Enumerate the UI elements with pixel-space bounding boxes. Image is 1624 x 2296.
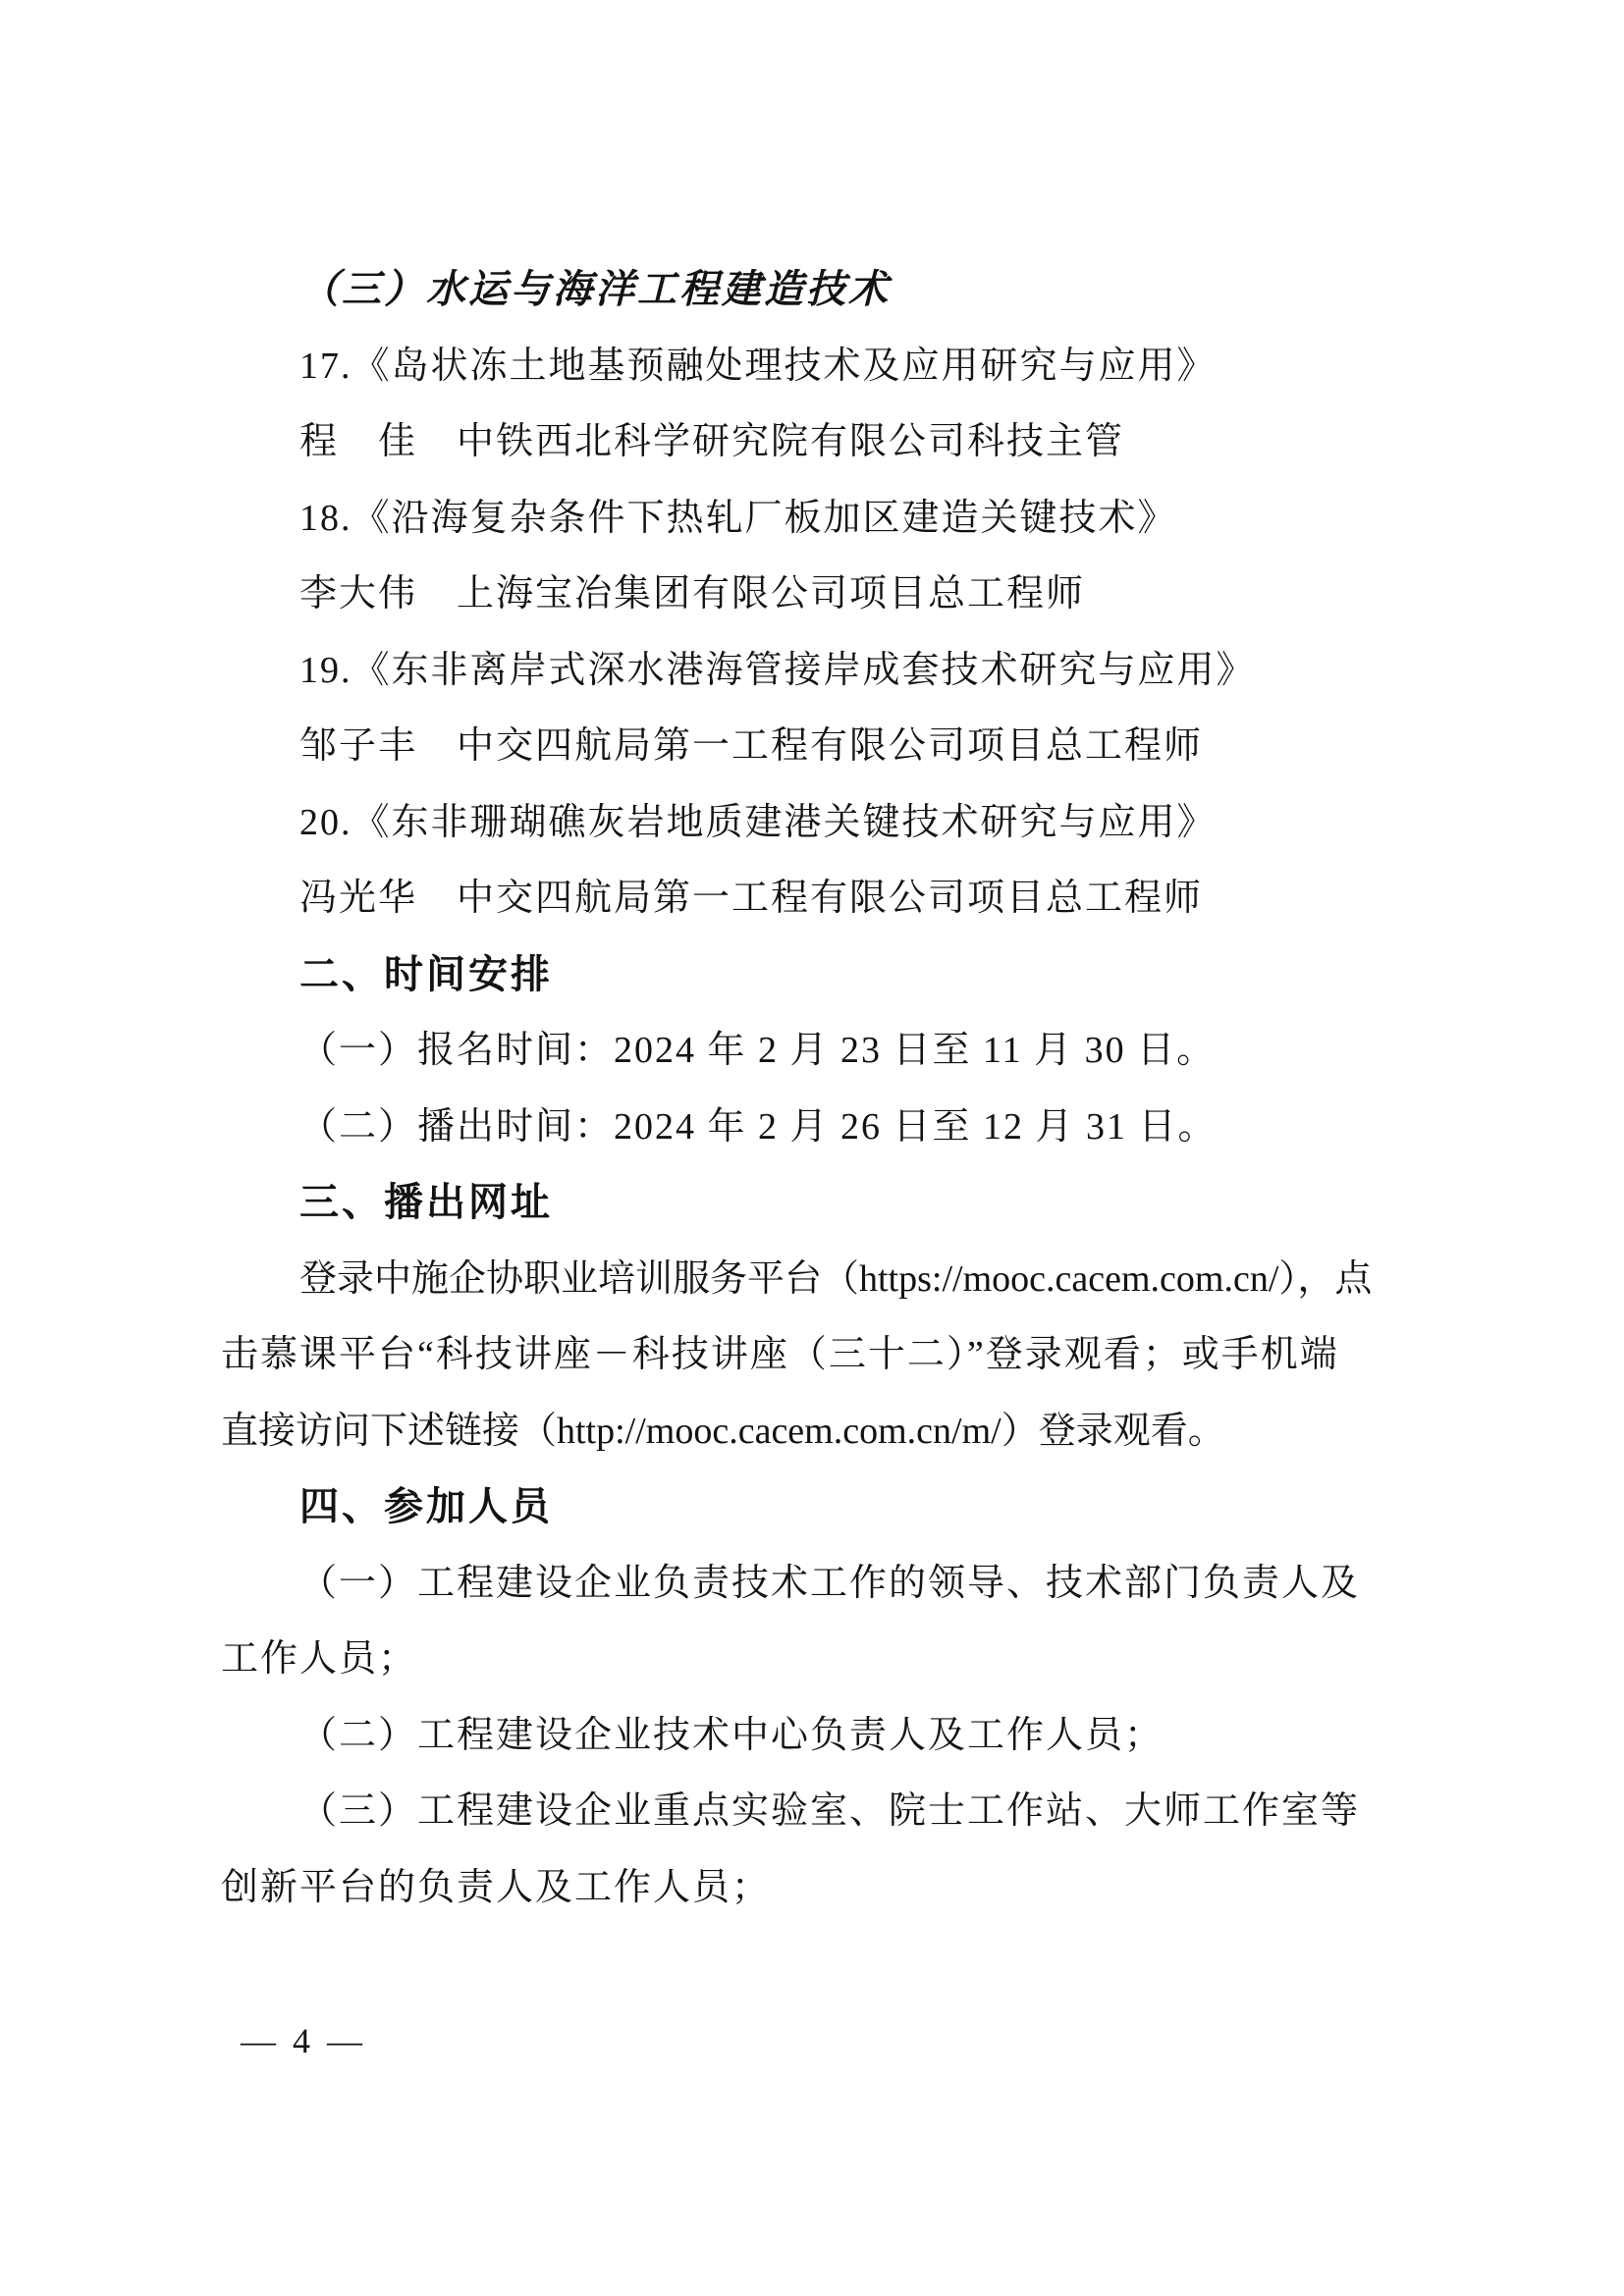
participants-1-line-1: （一）工程建设企业负责技术工作的领导、技术部门负责人及: [299, 1561, 1360, 1606]
participants-3-line-1: （三）工程建设企业重点实验室、院士工作站、大师工作室等: [299, 1789, 1360, 1834]
page-number: — 4 —: [241, 2020, 366, 2061]
item-19-speaker: 邹子丰 中交四航局第一工程有限公司项目总工程师: [299, 723, 1203, 769]
item-18-title: 18.《沿海复杂条件下热轧厂板加区建造关键技术》: [299, 496, 1177, 541]
item-17-speaker: 程 佳 中铁西北科学研究院有限公司科技主管: [299, 419, 1124, 464]
section-heading-water-marine-engineering: （三）水运与海洋工程建造技术: [299, 267, 891, 312]
registration-time-line: （一）报名时间：2024 年 2 月 23 日至 11 月 30 日。: [299, 1028, 1216, 1073]
document-page: （三）水运与海洋工程建造技术 17.《岛状冻土地基预融处理技术及应用研究与应用》…: [0, 0, 1624, 2296]
item-17-title: 17.《岛状冻土地基预融处理技术及应用研究与应用》: [299, 344, 1217, 389]
section-heading-time-schedule: 二、时间安排: [299, 952, 553, 997]
item-20-speaker: 冯光华 中交四航局第一工程有限公司项目总工程师: [299, 876, 1203, 921]
section-heading-broadcast-url: 三、播出网址: [299, 1180, 553, 1225]
participants-1-line-2: 工作人员；: [221, 1636, 417, 1682]
url-paragraph-line-2: 击慕课平台“科技讲座－科技讲座（三十二）”登录观看；或手机端: [221, 1332, 1339, 1377]
broadcast-time-line: （二）播出时间：2024 年 2 月 26 日至 12 月 31 日。: [299, 1104, 1218, 1149]
url-paragraph-line-1: 登录中施企协职业培训服务平台（https://mooc.cacem.com.cn…: [299, 1256, 1372, 1302]
item-20-title: 20.《东非珊瑚礁灰岩地质建港关键技术研究与应用》: [299, 800, 1217, 845]
participants-3-line-2: 创新平台的负责人及工作人员；: [221, 1865, 771, 1910]
section-heading-participants: 四、参加人员: [299, 1484, 553, 1529]
item-18-speaker: 李大伟 上海宝冶集团有限公司项目总工程师: [299, 571, 1085, 616]
participants-2-line: （二）工程建设企业技术中心负责人及工作人员；: [299, 1713, 1164, 1758]
url-paragraph-line-3: 直接访问下述链接（http://mooc.cacem.com.cn/m/）登录观…: [221, 1409, 1225, 1454]
item-19-title: 19.《东非离岸式深水港海管接岸成套技术研究与应用》: [299, 648, 1256, 693]
